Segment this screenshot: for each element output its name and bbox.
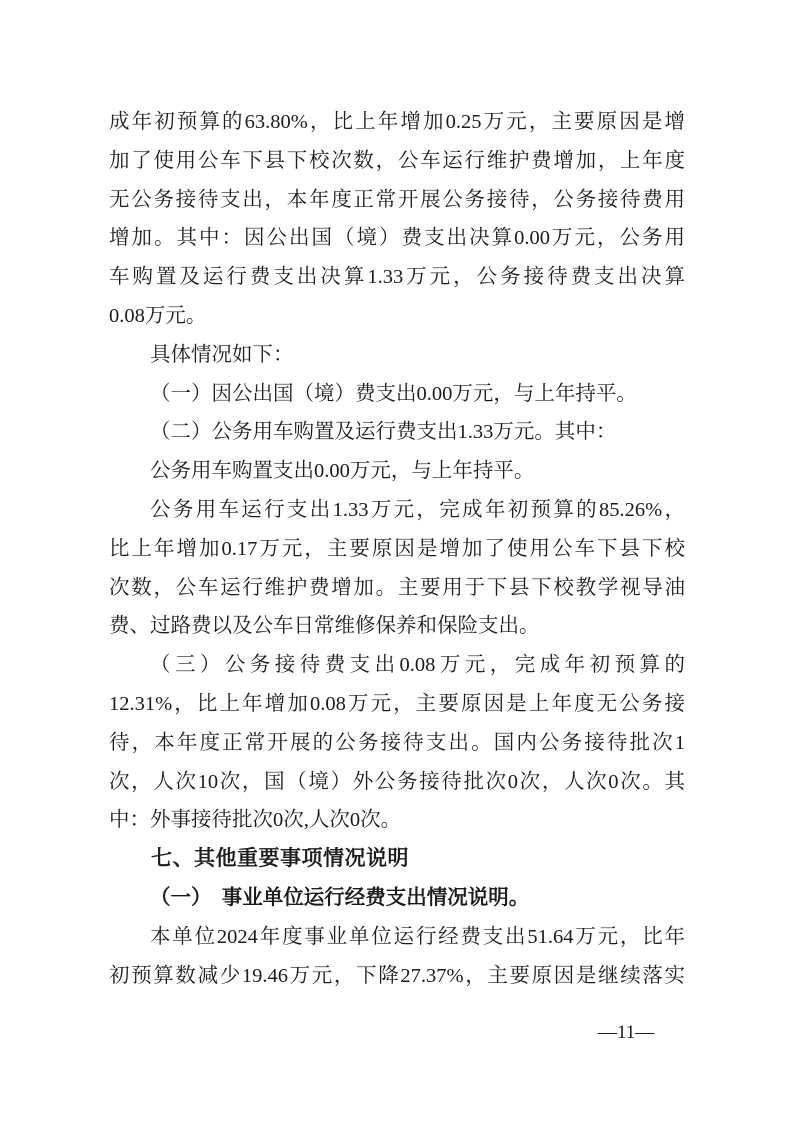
text-line: 本单位2024年度事业单位运行经费支出51.64万元，比年: [109, 918, 685, 957]
para-item-2-vehicle: （二）公务用车购置及运行费支出1.33万元。其中：: [109, 413, 685, 452]
text-line: （二）公务用车购置及运行费支出1.33万元。其中：: [109, 413, 685, 452]
text-line: 比上年增加0.17万元，主要原因是增加了使用公车下县下校: [109, 530, 685, 569]
text-line: 0.08万元。: [109, 297, 685, 336]
heading-section-7: 七、其他重要事项情况说明: [109, 840, 685, 879]
document-body: 成年初预算的63.80%，比上年增加0.25万元，主要原因是增加了使用公车下县下…: [109, 103, 685, 995]
para-vehicle-purchase: 公务用车购置支出0.00万元，与上年持平。: [109, 452, 685, 491]
page-number: —11—: [598, 1022, 654, 1044]
text-line: 12.31%，比上年增加0.08万元，主要原因是上年度无公务接: [109, 685, 685, 724]
text-line: 初预算数减少19.46万元，下降27.37%，主要原因是继续落实: [109, 957, 685, 996]
para-item-3-reception: （三）公务接待费支出0.08万元，完成年初预算的12.31%，比上年增加0.08…: [109, 646, 685, 840]
subheading-operating-expense: （一） 事业单位运行经费支出情况说明。: [109, 879, 685, 918]
para-operating-expense: 本单位2024年度事业单位运行经费支出51.64万元，比年初预算数减少19.46…: [109, 918, 685, 996]
text-line: 费、过路费以及公车日常维修保养和保险支出。: [109, 607, 685, 646]
text-line: 待，本年度正常开展的公务接待支出。国内公务接待批次1: [109, 724, 685, 763]
para-vehicle-operation: 公务用车运行支出1.33万元，完成年初预算的85.26%，比上年增加0.17万元…: [109, 491, 685, 646]
document-page: 成年初预算的63.80%，比上年增加0.25万元，主要原因是增加了使用公车下县下…: [0, 0, 800, 1131]
text-line: 具体情况如下：: [109, 336, 685, 375]
text-line: 次，人次10次，国（境）外公务接待批次0次，人次0次。其: [109, 763, 685, 802]
text-line: 无公务接待支出，本年度正常开展公务接待，公务接待费用: [109, 181, 685, 220]
text-line: 加了使用公车下县下校次数，公车运行维护费增加，上年度: [109, 142, 685, 181]
text-line: 增加。其中：因公出国（境）费支出决算0.00万元，公务用: [109, 219, 685, 258]
para-item-1-abroad: （一）因公出国（境）费支出0.00万元，与上年持平。: [109, 375, 685, 414]
text-line: 车购置及运行费支出决算1.33万元，公务接待费支出决算: [109, 258, 685, 297]
text-line: 七、其他重要事项情况说明: [109, 840, 685, 879]
para-details-intro: 具体情况如下：: [109, 336, 685, 375]
text-line: 公务用车运行支出1.33万元，完成年初预算的85.26%，: [109, 491, 685, 530]
text-line: 成年初预算的63.80%，比上年增加0.25万元，主要原因是增: [109, 103, 685, 142]
text-line: 公务用车购置支出0.00万元，与上年持平。: [109, 452, 685, 491]
text-line: 次数，公车运行维护费增加。主要用于下县下校教学视导油: [109, 569, 685, 608]
text-line: （一） 事业单位运行经费支出情况说明。: [109, 879, 685, 918]
text-line: （一）因公出国（境）费支出0.00万元，与上年持平。: [109, 375, 685, 414]
text-line: （三）公务接待费支出0.08万元，完成年初预算的: [109, 646, 685, 685]
para-sanggong-summary: 成年初预算的63.80%，比上年增加0.25万元，主要原因是增加了使用公车下县下…: [109, 103, 685, 336]
text-line: 中：外事接待批次0次,人次0次。: [109, 801, 685, 840]
